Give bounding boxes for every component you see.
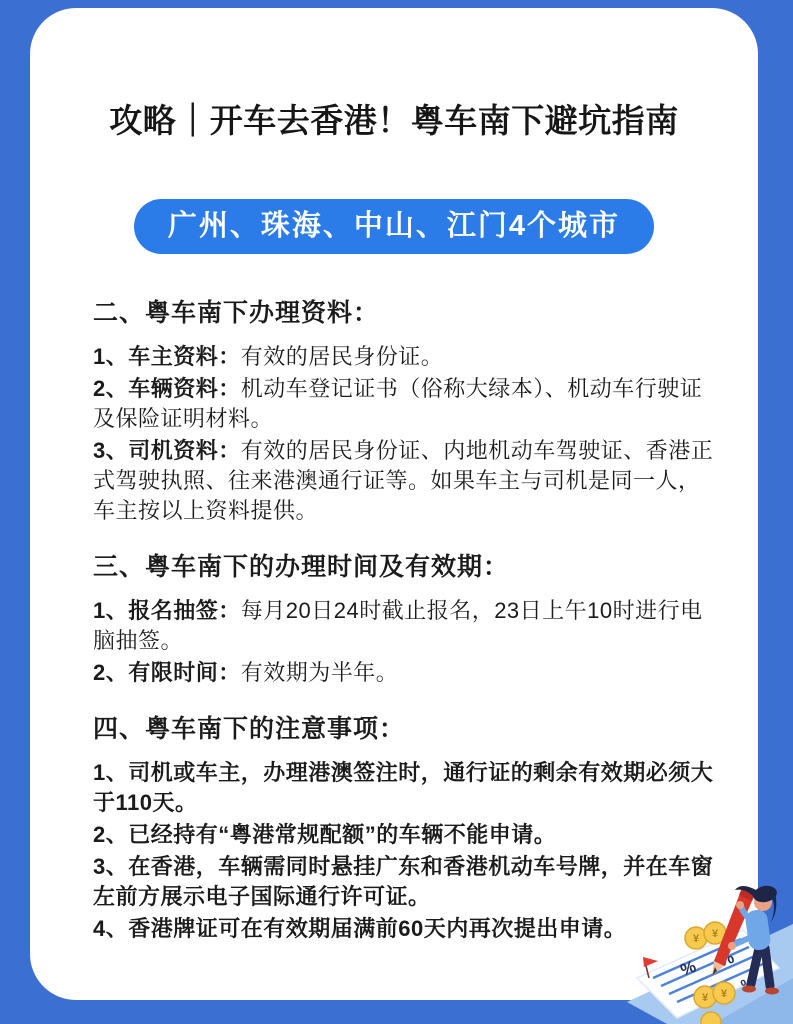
- section-application-materials: 二、粤车南下办理资料： 1、车主资料：有效的居民身份证。 2、车辆资料：机动车登…: [93, 298, 714, 526]
- list-item: 1、车主资料：有效的居民身份证。: [93, 342, 714, 372]
- person-writing-checklist-illustration: ¥ ¥ ¥ ¥ % % %: [593, 866, 793, 1024]
- section-heading: 二、粤车南下办理资料：: [93, 298, 714, 328]
- item-label: 2、车辆资料：: [93, 376, 241, 401]
- item-text: 有效期为半年。: [241, 660, 399, 685]
- item-label: 1、报名抽签：: [93, 598, 241, 623]
- item-text: 2、已经持有“粤港常规配额”的车辆不能申请。: [93, 822, 556, 847]
- section-heading: 三、粤车南下的办理时间及有效期：: [93, 552, 714, 582]
- article-body: 二、粤车南下办理资料： 1、车主资料：有效的居民身份证。 2、车辆资料：机动车登…: [93, 298, 714, 944]
- cities-badge: 广州、珠海、中山、江门4个城市: [134, 199, 654, 254]
- list-item: 1、报名抽签：每月20日24时截止报名，23日上午10时进行电脑抽签。: [93, 596, 714, 656]
- infographic-page: { "header": { "title": "攻略｜开车去香港！粤车南下避坑指…: [0, 0, 793, 1024]
- item-label: 3、司机资料：: [93, 438, 241, 463]
- item-text: 1、司机或车主，办理港澳签注时，通行证的剩余有效期必须大于110天。: [93, 760, 713, 815]
- item-label: 2、有限时间：: [93, 660, 241, 685]
- list-item: 1、司机或车主，办理港澳签注时，通行证的剩余有效期必须大于110天。: [93, 758, 714, 818]
- list-item: 2、车辆资料：机动车登记证书（俗称大绿本）、机动车行驶证及保险证明材料。: [93, 374, 714, 434]
- svg-text:¥: ¥: [712, 928, 719, 940]
- svg-text:¥: ¥: [721, 988, 728, 1000]
- section-time-validity: 三、粤车南下的办理时间及有效期： 1、报名抽签：每月20日24时截止报名，23日…: [93, 552, 714, 688]
- list-item: 2、已经持有“粤港常规配额”的车辆不能申请。: [93, 820, 714, 850]
- list-item: 2、有限时间：有效期为半年。: [93, 658, 714, 688]
- item-text: 有效的居民身份证。: [241, 344, 444, 369]
- badge-row: 广州、珠海、中山、江门4个城市: [30, 199, 758, 254]
- svg-text:¥: ¥: [693, 933, 700, 945]
- item-text: 4、香港牌证可在有效期届满前60天内再次提出申请。: [93, 916, 626, 941]
- section-heading: 四、粤车南下的注意事项：: [93, 714, 714, 744]
- item-label: 1、车主资料：: [93, 344, 241, 369]
- page-title: 攻略｜开车去香港！粤车南下避坑指南: [30, 8, 758, 141]
- svg-text:¥: ¥: [702, 992, 709, 1004]
- content-card: 攻略｜开车去香港！粤车南下避坑指南 广州、珠海、中山、江门4个城市 二、粤车南下…: [30, 8, 758, 1000]
- list-item: 3、司机资料：有效的居民身份证、内地机动车驾驶证、香港正式驾驶执照、往来港澳通行…: [93, 436, 714, 526]
